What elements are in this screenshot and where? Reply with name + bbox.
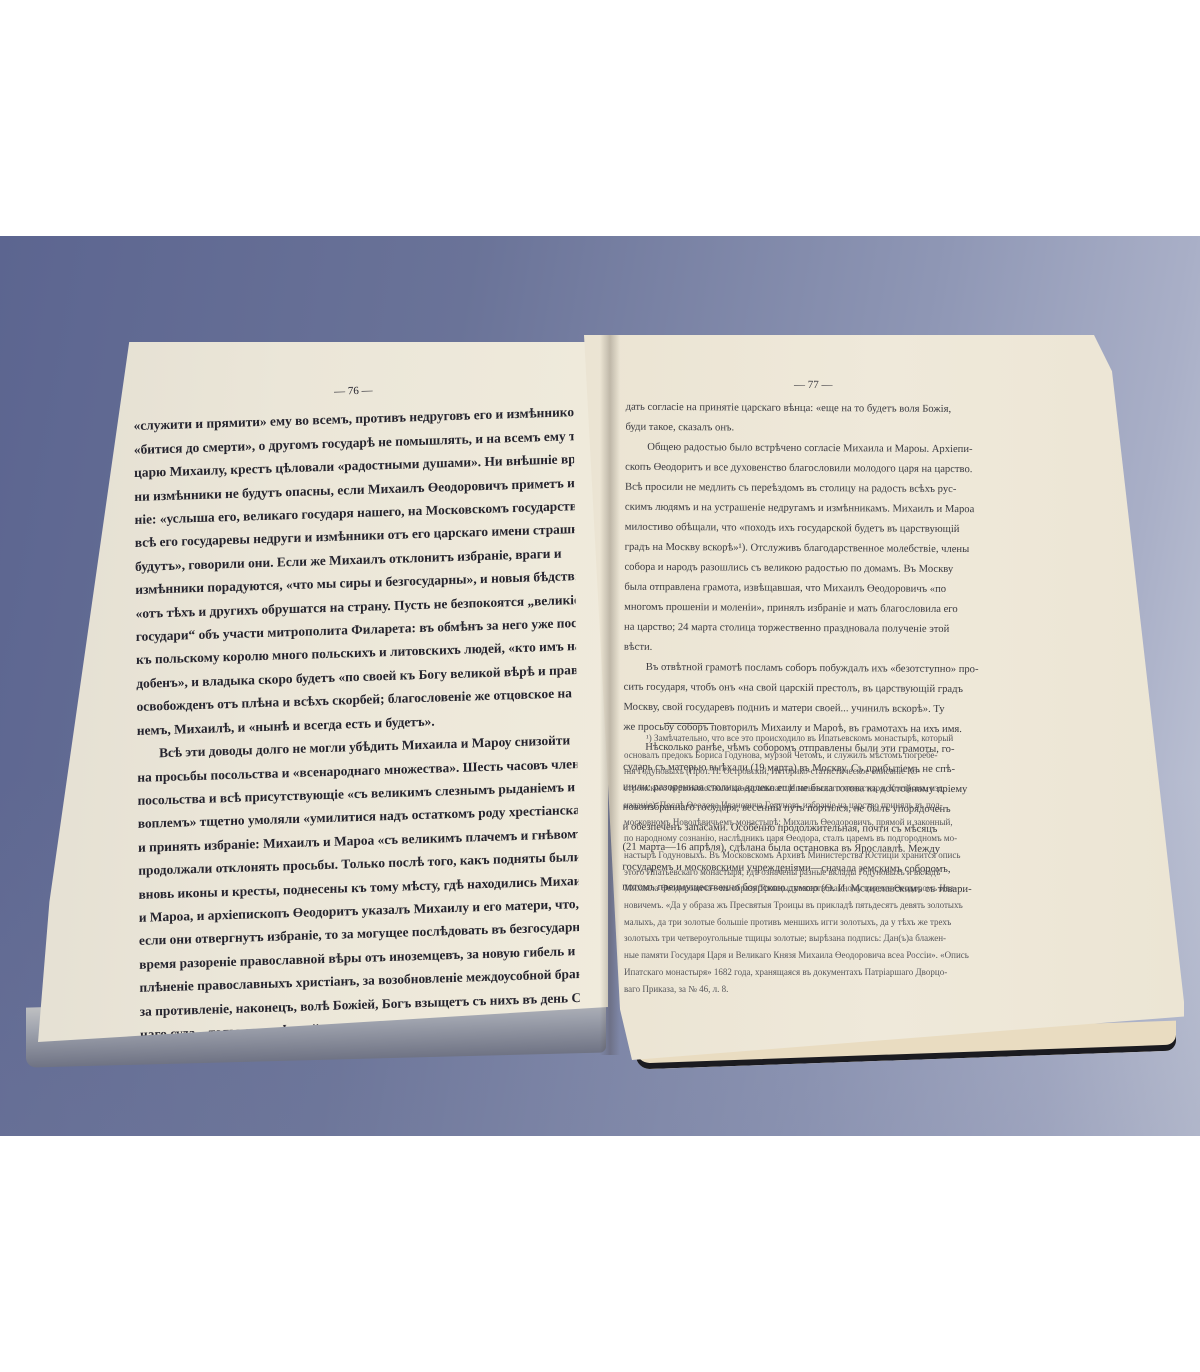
text-line: многомъ прошеніи и моленіи», принялъ изб… — [624, 598, 999, 621]
text-line: всемъ безъ всякаго прозябанія»: «къ вора… — [141, 1149, 581, 1186]
book-spine-gutter — [600, 335, 620, 1055]
text-line: Въ отвѣтной грамотѣ посламъ соборъ побуж… — [624, 658, 999, 681]
text-line: градъ на Москву вскорѣ»¹). Отслуживъ бла… — [625, 538, 1000, 561]
text-line: новичемъ. «Да у образа жъ Пресвятыя Трои… — [624, 897, 1054, 914]
text-line: нечномъ разореніи не были». Убѣжденная р… — [143, 1266, 583, 1303]
text-line: золотыхъ три четвероугольные тщицы золот… — [624, 930, 1054, 947]
text-line: Ипатскаго монастыря» 1682 года, хранящая… — [624, 964, 1054, 981]
footnote-rule — [664, 723, 714, 724]
text-line: этого Ипатьевскаго монастыря, гдѣ означе… — [624, 864, 1054, 881]
text-line: московномъ Новодѣвичьемъ монастырѣ; Миха… — [624, 814, 1054, 831]
right-page: — 77 — дать согласіе на принятіе царскаг… — [584, 335, 1184, 1060]
text-line: сить государя, чтобъ онъ «на свой царскі… — [624, 678, 999, 701]
text-line: на царство; 24 марта столица торжественн… — [624, 618, 999, 641]
text-line: буди такое, сказалъ онъ. — [625, 418, 1000, 441]
left-page: — 76 — «служити и прямити» ему во всемъ,… — [38, 342, 608, 1042]
text-line: дать согласіе на принятіе царскаго вѣнца… — [626, 398, 1001, 421]
text-line: и «воровства никакого» не заводятъ, иноз… — [142, 1173, 582, 1210]
text-line: ¹) Замѣчательно, что все это происходило… — [624, 730, 1054, 747]
text-line: не вступаютъ,—«чтобъ и достоль наша исти… — [142, 1220, 582, 1257]
text-line: была отправлена грамота, извѣщавшая, что… — [624, 578, 999, 601]
text-line: основалъ предокъ Бориса Годунова, мурзой… — [624, 747, 1054, 764]
text-line: скимъ людямъ и на устрашеніе недругамъ и… — [625, 498, 1000, 521]
text-line: собора и народъ разошлись съ великою рад… — [624, 558, 999, 581]
text-line: по народному сознанію, наслѣдникъ царя Ө… — [624, 830, 1054, 847]
text-line: съ сыномъ на Московское государство не о… — [142, 1196, 582, 1233]
text-line: ные памяти Государя Царя и Великаго Княз… — [624, 947, 1054, 964]
text-line: изданія). Послѣ Өеодора Ивановича Годуно… — [624, 797, 1054, 814]
text-line: вѣсти. — [624, 638, 999, 661]
text-line: ваго Приказа, за № 46, л. 8. — [624, 981, 1054, 998]
left-page-text: — 76 — «служити и прямити» ему во всемъ,… — [133, 373, 583, 1303]
text-line: Москву, свой государевъ подниъ и матери … — [623, 698, 998, 721]
left-page-lines: «служити и прямити» ему во всемъ, против… — [133, 401, 582, 1304]
text-line: малыхъ, да три золотые большіе противъ м… — [624, 914, 1054, 931]
text-line: Общею радостью было встрѣчено согласіе М… — [625, 438, 1000, 461]
text-line: Михаила Өеодоровича—къ образу Троицы, по… — [624, 880, 1054, 897]
text-line: настырѣ Годуновыхъ. Въ Московскомъ Архив… — [624, 847, 1054, 864]
footnote: ¹) Замѣчательно, что все это происходило… — [624, 730, 1054, 997]
right-page-number: — 77 — — [626, 374, 1001, 397]
text-line: милостиво обѣщали, что «походъ ихъ госуд… — [625, 518, 1000, 541]
text-line: Всѣ просили не медлить съ переѣздомъ въ … — [625, 478, 1000, 501]
text-line: нія Годуновыхъ (Прот. П. Островскій, Ист… — [624, 763, 1054, 780]
text-line: ская вѣра отъ иновѣрцовъ въ попраніи, а … — [142, 1243, 582, 1280]
text-line: скопъ Өеодоритъ и все духовенство благос… — [625, 458, 1000, 481]
text-line: стромского первоклассного каѳедральнаго … — [624, 780, 1054, 797]
